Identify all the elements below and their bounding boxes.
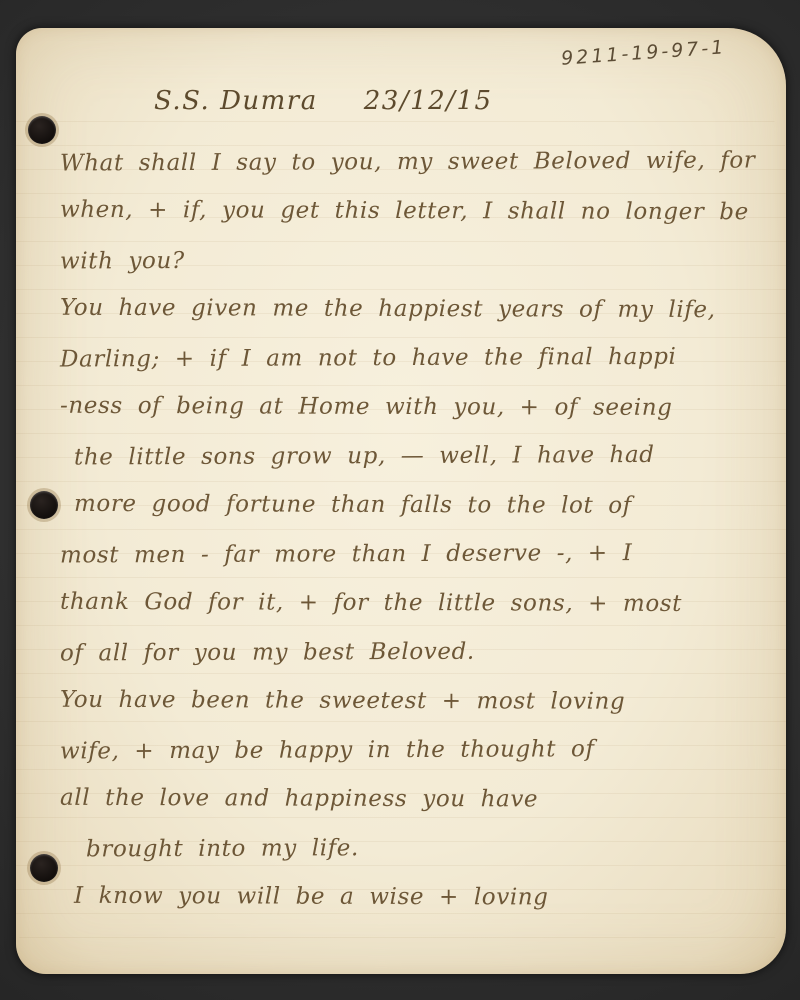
hole-punch-middle: [30, 491, 58, 519]
letter-line: -ness of being at Home with you, + of se…: [60, 382, 758, 433]
letter-line: when, + if, you get this letter, I shall…: [60, 186, 758, 237]
letter-line: of all for you my best Beloved.: [60, 626, 758, 678]
reference-number: 9211-19-97-1: [560, 36, 727, 69]
letter-line: brought into my life.: [60, 822, 758, 874]
letter-paper: 9211-19-97-1 S.S. Dumra23/12/15 What sha…: [16, 28, 786, 974]
letter-line: the little sons grow up, — well, I have …: [60, 430, 758, 482]
letter-date: 23/12/15: [364, 86, 493, 116]
letter-line: most men - far more than I deserve -, + …: [60, 528, 758, 580]
letter-line: with you?: [60, 234, 758, 286]
letter-line: What shall I say to you, my sweet Belove…: [60, 136, 758, 188]
letter-line: all the love and happiness you have: [60, 774, 758, 825]
letter-line: wife, + may be happy in the thought of: [60, 724, 758, 776]
ship-name: S.S. Dumra: [154, 86, 318, 116]
letter-line: You have been the sweetest + most loving: [60, 676, 758, 727]
letter-line: thank God for it, + for the little sons,…: [60, 578, 758, 629]
letter-line: more good fortune than falls to the lot …: [60, 480, 758, 531]
letter-heading: S.S. Dumra23/12/15: [154, 86, 493, 116]
letter-line: You have given me the happiest years of …: [60, 284, 758, 335]
letter-body: What shall I say to you, my sweet Belove…: [60, 138, 758, 922]
letter-line: Darling; + if I am not to have the final…: [60, 332, 758, 384]
hole-punch-bottom: [30, 854, 58, 882]
letter-line: I know you will be a wise + loving: [60, 872, 758, 923]
hole-punch-top: [28, 116, 56, 144]
